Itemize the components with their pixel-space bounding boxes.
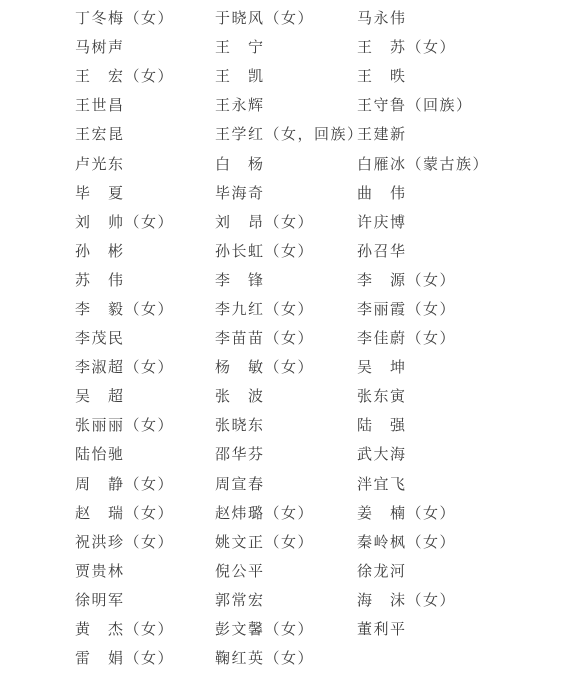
person-name: 刘 帅（女） — [75, 211, 215, 232]
person-name: 姚文正（女） — [215, 531, 357, 552]
name-row: 祝洪珍（女）姚文正（女）秦岭枫（女） — [75, 527, 570, 556]
person-name: 孙召华 — [357, 240, 570, 261]
person-name: 王建新 — [357, 123, 570, 144]
person-name: 张东寅 — [357, 385, 570, 406]
person-name: 周 静（女） — [75, 473, 215, 494]
name-row: 陆怡驰邵华芬武大海 — [75, 439, 570, 468]
person-name: 李佳蔚（女） — [357, 327, 570, 348]
name-row: 贾贵林倪公平徐龙河 — [75, 556, 570, 585]
person-name: 王 苏（女） — [357, 36, 570, 57]
name-row: 刘 帅（女）刘 昂（女）许庆博 — [75, 207, 570, 236]
person-name: 王 昳 — [357, 65, 570, 86]
person-name: 徐明军 — [75, 589, 215, 610]
name-row: 吴 超张 波张东寅 — [75, 381, 570, 410]
person-name: 姜 楠（女） — [357, 502, 570, 523]
person-name: 海 沫（女） — [357, 589, 570, 610]
person-name: 李丽霞（女） — [357, 298, 570, 319]
person-name: 王学红（女，回族） — [215, 123, 357, 144]
name-row: 卢光东白 杨白雁冰（蒙古族） — [75, 148, 570, 177]
person-name: 马树声 — [75, 36, 215, 57]
name-row: 李茂民李苗苗（女）李佳蔚（女） — [75, 323, 570, 352]
person-name: 邵华芬 — [215, 443, 357, 464]
name-row: 王 宏（女）王 凯王 昳 — [75, 61, 570, 90]
person-name: 张丽丽（女） — [75, 414, 215, 435]
name-row: 赵 瑞（女）赵炜璐（女）姜 楠（女） — [75, 498, 570, 527]
person-name: 吴 坤 — [357, 356, 570, 377]
document-page: 丁冬梅（女）于晓风（女）马永伟马树声王 宁王 苏（女）王 宏（女）王 凯王 昳王… — [0, 0, 570, 675]
name-row: 黄 杰（女）彭文馨（女）董利平 — [75, 614, 570, 643]
person-name: 王守鲁（回族） — [357, 94, 570, 115]
name-row: 张丽丽（女）张晓东陆 强 — [75, 410, 570, 439]
name-row: 丁冬梅（女）于晓风（女）马永伟 — [75, 3, 570, 32]
person-name: 李苗苗（女） — [215, 327, 357, 348]
person-name: 张 波 — [215, 385, 357, 406]
person-name: 许庆博 — [357, 211, 570, 232]
name-row: 马树声王 宁王 苏（女） — [75, 32, 570, 61]
person-name: 卢光东 — [75, 153, 215, 174]
name-list: 丁冬梅（女）于晓风（女）马永伟马树声王 宁王 苏（女）王 宏（女）王 凯王 昳王… — [75, 3, 570, 672]
person-name: 杨 敏（女） — [215, 356, 357, 377]
person-name: 张晓东 — [215, 414, 357, 435]
person-name: 泮宜飞 — [357, 473, 570, 494]
person-name: 李茂民 — [75, 327, 215, 348]
person-name: 孙 彬 — [75, 240, 215, 261]
person-name: 陆 强 — [357, 414, 570, 435]
name-row: 徐明军郭常宏海 沫（女） — [75, 585, 570, 614]
name-row: 王世昌王永辉王守鲁（回族） — [75, 90, 570, 119]
person-name: 吴 超 — [75, 385, 215, 406]
person-name: 王 凯 — [215, 65, 357, 86]
person-name: 黄 杰（女） — [75, 618, 215, 639]
person-name: 马永伟 — [357, 7, 570, 28]
person-name: 李 源（女） — [357, 269, 570, 290]
person-name: 李淑超（女） — [75, 356, 215, 377]
person-name: 李 锋 — [215, 269, 357, 290]
person-name: 鞠红英（女） — [215, 647, 357, 668]
person-name: 白雁冰（蒙古族） — [357, 153, 570, 174]
person-name: 王永辉 — [215, 94, 357, 115]
person-name: 曲 伟 — [357, 182, 570, 203]
person-name: 毕海奇 — [215, 182, 357, 203]
person-name: 王 宁 — [215, 36, 357, 57]
person-name: 李九红（女） — [215, 298, 357, 319]
person-name: 毕 夏 — [75, 182, 215, 203]
person-name: 王宏昆 — [75, 123, 215, 144]
name-row: 王宏昆王学红（女，回族）王建新 — [75, 119, 570, 148]
person-name: 王世昌 — [75, 94, 215, 115]
person-name: 彭文馨（女） — [215, 618, 357, 639]
name-row: 雷 娟（女）鞠红英（女） — [75, 643, 570, 672]
person-name: 白 杨 — [215, 153, 357, 174]
person-name: 秦岭枫（女） — [357, 531, 570, 552]
person-name: 陆怡驰 — [75, 443, 215, 464]
person-name: 李 毅（女） — [75, 298, 215, 319]
person-name: 董利平 — [357, 618, 570, 639]
person-name: 祝洪珍（女） — [75, 531, 215, 552]
person-name: 赵 瑞（女） — [75, 502, 215, 523]
person-name: 贾贵林 — [75, 560, 215, 581]
person-name: 王 宏（女） — [75, 65, 215, 86]
name-row: 周 静（女）周宣春泮宜飞 — [75, 469, 570, 498]
name-row: 李 毅（女）李九红（女）李丽霞（女） — [75, 294, 570, 323]
person-name: 倪公平 — [215, 560, 357, 581]
person-name: 孙长虹（女） — [215, 240, 357, 261]
name-row: 李淑超（女）杨 敏（女）吴 坤 — [75, 352, 570, 381]
name-row: 毕 夏毕海奇曲 伟 — [75, 178, 570, 207]
name-row: 孙 彬孙长虹（女）孙召华 — [75, 236, 570, 265]
person-name: 丁冬梅（女） — [75, 7, 215, 28]
person-name: 郭常宏 — [215, 589, 357, 610]
person-name: 赵炜璐（女） — [215, 502, 357, 523]
person-name: 雷 娟（女） — [75, 647, 215, 668]
person-name: 刘 昂（女） — [215, 211, 357, 232]
person-name: 于晓风（女） — [215, 7, 357, 28]
person-name: 武大海 — [357, 443, 570, 464]
name-row: 苏 伟李 锋李 源（女） — [75, 265, 570, 294]
person-name: 徐龙河 — [357, 560, 570, 581]
person-name: 苏 伟 — [75, 269, 215, 290]
person-name: 周宣春 — [215, 473, 357, 494]
